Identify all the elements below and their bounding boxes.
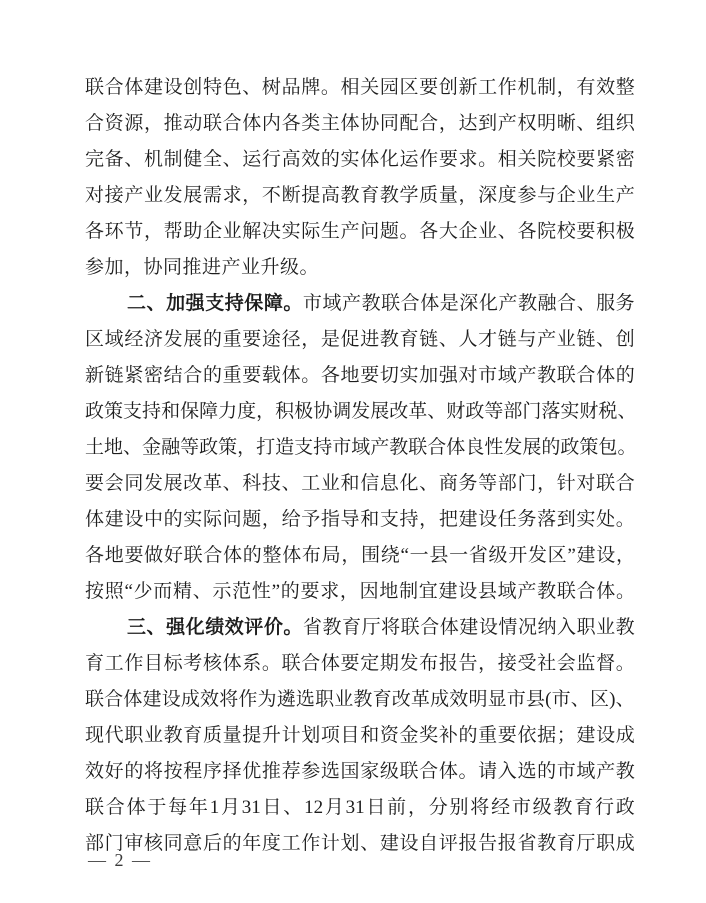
text-token: 发 (144, 466, 163, 502)
text-token: 育 (360, 178, 379, 214)
text-token: 31 (242, 790, 261, 826)
text-token: 期 (380, 646, 399, 682)
text-token: 程 (183, 754, 202, 790)
text-token: 关 (517, 142, 536, 178)
text-token: 。 (458, 754, 477, 790)
para-section-2: 二、加强支持保障。市域产教联合体是深化产教融合、服务区域经济发展的重要途径，是促… (85, 286, 635, 610)
text-token: 指 (321, 502, 340, 538)
text-token: 联 (85, 682, 104, 718)
text-token: 、 (123, 430, 142, 466)
text-token: 同 (124, 466, 143, 502)
text-token: 建 (459, 610, 478, 646)
text-token: 改 (183, 466, 202, 502)
text-token: 校 (557, 214, 576, 250)
text-token: 是 (440, 286, 459, 322)
text-token: 省 (303, 610, 322, 646)
text-token: 要 (576, 214, 595, 250)
text-token: 运 (400, 142, 419, 178)
text-token: 部 (498, 466, 517, 502)
text-token: 建 (577, 538, 596, 574)
text-token: 优 (242, 754, 261, 790)
text-token: 划 (301, 718, 320, 754)
text-token: 成 (430, 682, 449, 718)
text-token: 财 (446, 394, 465, 430)
text-token: 企 (203, 214, 222, 250)
text-token: 市 (512, 790, 531, 826)
text-token: 地 (105, 538, 124, 574)
text-token: 设 (596, 538, 615, 574)
text-token: 务 (517, 502, 536, 538)
text-token: 会 (557, 646, 576, 682)
text-token: 财 (579, 394, 598, 430)
text-token: 济 (144, 322, 163, 358)
text-token: 质 (419, 178, 438, 214)
text-token: 报 (458, 826, 477, 862)
text-token: 于 (147, 790, 166, 826)
text-token: 作 (124, 646, 143, 682)
text-token: 区 (400, 70, 419, 106)
text-token: 展 (164, 466, 183, 502)
text-token: 、 (577, 286, 596, 322)
text-token: 合 (104, 682, 123, 718)
bold-text-token: 化 (186, 610, 205, 646)
text-token: 、 (419, 466, 438, 502)
text-token: 明 (468, 682, 487, 718)
text-token: 金 (142, 430, 161, 466)
text-token: 告 (478, 826, 497, 862)
text-token: 纳 (537, 610, 556, 646)
text-token: 作 (419, 142, 438, 178)
text-token: 高 (321, 178, 340, 214)
text-token: 发 (351, 394, 370, 430)
text-token: 域 (498, 574, 517, 610)
text-token: 的 (124, 754, 143, 790)
text-token: 合 (420, 610, 439, 646)
text-token: 才 (478, 322, 497, 358)
text-token: 机 (517, 70, 536, 106)
text-token: 处 (596, 502, 615, 538)
text-token: 意 (183, 826, 202, 862)
text-token: 区 (85, 322, 104, 358)
text-token: 联 (282, 646, 301, 682)
text-token: 业 (334, 682, 353, 718)
bold-text-token: 绩 (205, 610, 224, 646)
text-token: 与 (537, 178, 556, 214)
text-token: ) (609, 682, 615, 718)
text-token: 同 (164, 826, 183, 862)
text-token: 成 (181, 682, 200, 718)
text-token: 体 (341, 106, 360, 142)
text-token: 链 (105, 358, 124, 394)
bold-text-token: 支 (205, 286, 224, 322)
text-token: 品 (282, 70, 301, 106)
text-token: 设 (162, 682, 181, 718)
text-token: 助 (183, 214, 202, 250)
text-token: 途 (262, 322, 281, 358)
text-token: 新 (85, 358, 104, 394)
text-token: 照 (105, 574, 124, 610)
text-token: ， (237, 430, 256, 466)
text-token: 发 (164, 322, 183, 358)
text-token: 环 (105, 214, 124, 250)
text-token: 教 (553, 790, 572, 826)
text-token: 市 (478, 358, 497, 394)
text-token: 内 (262, 106, 281, 142)
text-token: 链 (498, 322, 517, 358)
text-token: 牌 (301, 70, 320, 106)
text-token: 作 (498, 70, 517, 106)
text-token: 现 (85, 718, 104, 754)
text-token: 、 (360, 826, 379, 862)
text-token: 制 (164, 142, 183, 178)
text-token: 链 (576, 322, 595, 358)
text-token: 的 (203, 358, 222, 394)
text-segment: 参加，协同推进产业升级。 (85, 257, 319, 278)
text-token: 相 (341, 70, 360, 106)
text-token: ( (545, 682, 551, 718)
text-line: 各环节，帮助企业解决实际生产问题。各大企业、各院校要积极 (85, 214, 635, 250)
text-token: 体 (439, 754, 458, 790)
text-token: 体 (124, 70, 143, 106)
text-token: 进 (360, 322, 379, 358)
text-token: 教 (389, 430, 408, 466)
text-token: 问 (223, 502, 242, 538)
text-token: 设 (458, 574, 477, 610)
text-token: 、 (242, 70, 261, 106)
text-token: 等 (180, 430, 199, 466)
text-token: 生 (321, 214, 340, 250)
text-token: 依 (517, 718, 536, 754)
text-token: 设 (124, 502, 143, 538)
text-token: 而 (153, 574, 172, 610)
text-token: 效 (449, 682, 468, 718)
text-token: 荐 (282, 754, 301, 790)
text-token: 企 (557, 178, 576, 214)
text-token: 合 (401, 286, 420, 322)
text-token: 省 (469, 538, 488, 574)
text-line: 二、加强支持保障。市域产教联合体是深化产教融合、服务 (85, 286, 635, 322)
text-token: ， (242, 178, 261, 214)
text-token: 育 (373, 682, 392, 718)
text-token: 体 (282, 538, 301, 574)
text-line: 土地、金融等政策，打造支持市域产教联合体良性发展的政策包。 (85, 430, 635, 466)
text-token: 教 (322, 610, 341, 646)
text-token: 职 (577, 610, 596, 646)
text-token: 作 (238, 682, 257, 718)
text-token: 厅 (576, 826, 595, 862)
text-token: 合 (85, 106, 104, 142)
text-line: 各地要做好联合体的整体布局，围绕“一县一省级开发区”建设， (85, 538, 635, 574)
text-token: 体 (446, 430, 465, 466)
text-token: 色 (223, 70, 242, 106)
text-token: 联 (85, 790, 104, 826)
text-token: 域 (322, 286, 341, 322)
text-token: 域 (351, 430, 370, 466)
text-token: 体 (596, 574, 615, 610)
text-token: 径 (282, 322, 301, 358)
text-token: 同 (380, 106, 399, 142)
text-token: 明 (537, 106, 556, 142)
text-token: 类 (301, 106, 320, 142)
text-token: 建 (143, 682, 162, 718)
text-token: 目 (144, 646, 163, 682)
text-token: 升 (262, 718, 281, 754)
text-token: 和 (341, 466, 360, 502)
text-token: ， (537, 466, 556, 502)
text-token: ， (144, 106, 163, 142)
text-token: ” (272, 574, 280, 610)
text-token: 体 (123, 682, 142, 718)
text-token: 县 (429, 538, 448, 574)
text-token: 评 (439, 826, 458, 862)
bold-text-token: 评 (244, 610, 263, 646)
text-token: 一 (410, 538, 429, 574)
text-token: 合 (427, 430, 446, 466)
text-token: 体 (360, 142, 379, 178)
text-token: 、 (282, 466, 301, 502)
text-token: 导 (341, 502, 360, 538)
text-token: 支 (123, 394, 142, 430)
text-token: 、 (124, 142, 143, 178)
text-token: 为 (258, 682, 277, 718)
text-token: 求 (458, 142, 477, 178)
text-token: 市 (303, 286, 322, 322)
text-token: ， (144, 214, 163, 250)
text-line: 三、强化绩效评价。省教育厅将联合体建设情况纳入职业教 (85, 610, 635, 646)
text-token: 接 (498, 646, 517, 682)
bold-text-token: 。 (283, 286, 302, 322)
text-token: ， (557, 70, 576, 106)
text-token: 产 (342, 286, 361, 322)
text-token: 体 (321, 646, 340, 682)
text-token: 代 (105, 718, 124, 754)
text-token: ” (567, 538, 575, 574)
text-token: 造 (275, 430, 294, 466)
text-token: 资 (380, 718, 399, 754)
page-number: — 2 — (88, 845, 152, 875)
text-token: 合 (616, 466, 635, 502)
text-token: 月 (325, 790, 344, 826)
text-token: 教 (164, 718, 183, 754)
text-token: 职 (315, 682, 334, 718)
text-token: 发 (164, 178, 183, 214)
text-token: 技 (262, 466, 281, 502)
text-token: 合 (557, 286, 576, 322)
text-line: 政策支持和保障力度，积极协调发展改革、财政等部门落实财税、 (85, 394, 635, 430)
text-token: 示 (212, 574, 231, 610)
bold-text-token: 保 (244, 286, 263, 322)
text-token: 合 (577, 574, 596, 610)
text-token: 联 (401, 610, 420, 646)
text-token: 体 (242, 106, 261, 142)
text-token: 紧 (596, 142, 615, 178)
text-token: 机 (144, 142, 163, 178)
text-line: 按照“少而精、示范性”的要求，因地制宜建设县域产教联合体。 (85, 574, 635, 610)
text-token: 1 (210, 790, 220, 826)
text-token: 科 (242, 466, 261, 502)
text-token: ， (478, 646, 497, 682)
text-token: 要 (85, 466, 104, 502)
text-token: 权 (517, 106, 536, 142)
text-token: ， (262, 502, 281, 538)
text-token: 要 (419, 70, 438, 106)
text-token: 实 (560, 394, 579, 430)
text-token: 商 (439, 466, 458, 502)
text-token: 工 (478, 70, 497, 106)
text-token: 业 (144, 178, 163, 214)
text-token: 革 (203, 466, 222, 502)
bold-text-token: 加 (166, 286, 185, 322)
text-token: ， (340, 574, 359, 610)
text-token: 不 (262, 178, 281, 214)
text-token: 中 (144, 502, 163, 538)
text-token: 人 (458, 322, 477, 358)
text-token: 特 (203, 70, 222, 106)
text-token: 工 (105, 646, 124, 682)
text-token: 行 (262, 142, 281, 178)
text-token: 教 (537, 358, 556, 394)
text-token: 、 (616, 682, 635, 718)
text-token: 级 (533, 790, 552, 826)
text-token: 树 (262, 70, 281, 106)
text-token: 31 (346, 790, 365, 826)
text-token: 产 (517, 358, 536, 394)
text-token: 院 (537, 214, 556, 250)
text-token: 体 (223, 538, 242, 574)
text-token: 合 (203, 538, 222, 574)
text-token: 。 (616, 502, 635, 538)
text-token: 。 (616, 574, 635, 610)
text-token: 量 (439, 178, 458, 214)
text-token: 产 (370, 430, 389, 466)
text-token: 效 (85, 754, 104, 790)
text-token: 设 (478, 502, 497, 538)
text-token: 加 (419, 358, 438, 394)
text-token: 革 (411, 682, 430, 718)
text-token: 选 (517, 754, 536, 790)
text-token: 联 (557, 358, 576, 394)
text-token: 县 (478, 574, 497, 610)
text-token: 、 (576, 106, 595, 142)
text-token: 国 (341, 754, 360, 790)
text-line: 合资源，推动联合体内各类主体协同配合，达到产权明晰、组织 (85, 106, 635, 142)
text-token: 的 (243, 538, 262, 574)
text-token: 服 (596, 286, 615, 322)
text-token: 要 (341, 646, 360, 682)
text-token: 每 (168, 790, 187, 826)
text-line: 育工作目标考核体系。联合体要定期发布报告，接受社会监督。 (85, 646, 635, 682)
text-token: 12 (304, 790, 323, 826)
text-token: 生 (596, 178, 615, 214)
bold-text-token: 、 (147, 610, 166, 646)
document-page: 联合体建设创特色、树品牌。相关园区要创新工作机制，有效整合资源，推动联合体内各类… (0, 0, 706, 903)
text-token: 前 (387, 790, 406, 826)
text-token: 化 (400, 466, 419, 502)
bold-text-token: 、 (147, 286, 166, 322)
text-token: 极 (616, 214, 635, 250)
text-token: 合 (183, 358, 202, 394)
bold-text-token: 持 (225, 286, 244, 322)
text-token: 配 (400, 106, 419, 142)
text-token: 资 (105, 106, 124, 142)
text-token: 好 (164, 538, 183, 574)
text-token: 政 (465, 394, 484, 430)
text-token: 。 (478, 142, 497, 178)
text-line: 部门审核同意后的年度工作计划、建设自评报告报省教育厅职成 (85, 826, 635, 862)
text-token: 健 (183, 142, 202, 178)
text-token: 障 (199, 394, 218, 430)
text-token: 遴 (277, 682, 296, 718)
text-token: 度 (237, 394, 256, 430)
text-token: 育 (574, 790, 593, 826)
text-token: 度 (498, 178, 517, 214)
text-token: 发 (528, 538, 547, 574)
text-token: 效 (200, 682, 219, 718)
text-token: 行 (595, 790, 614, 826)
text-token: 合 (223, 106, 242, 142)
text-token: 落 (541, 394, 560, 430)
text-token: 校 (557, 142, 576, 178)
text-token: 大 (439, 214, 458, 250)
text-token: 业 (321, 466, 340, 502)
text-token: 有 (576, 70, 595, 106)
text-token: 支 (380, 502, 399, 538)
text-token: 全 (203, 142, 222, 178)
text-token: 要 (360, 358, 379, 394)
text-token: 、 (427, 394, 446, 430)
text-token: 经 (491, 790, 510, 826)
text-token: 题 (242, 502, 261, 538)
text-token: 产 (596, 754, 615, 790)
text-token: 绕 (381, 538, 400, 574)
text-token: 、 (193, 574, 212, 610)
text-token: 创 (616, 322, 635, 358)
text-token: 产 (498, 286, 517, 322)
text-token: 育 (400, 322, 419, 358)
text-token: 育 (85, 646, 104, 682)
text-token: 协 (360, 106, 379, 142)
text-token: 。 (400, 214, 419, 250)
text-token: 报 (439, 646, 458, 682)
text-token: 决 (262, 214, 281, 250)
text-token: 备 (105, 142, 124, 178)
text-token: 的 (203, 322, 222, 358)
text-token: 县 (526, 682, 545, 718)
text-token: 建 (105, 502, 124, 538)
text-token: 积 (596, 214, 615, 250)
text-token: 务 (616, 286, 635, 322)
text-token: 情 (498, 610, 517, 646)
text-token: 持 (313, 430, 332, 466)
text-token: 化 (380, 142, 399, 178)
text-token: 分 (429, 790, 448, 826)
text-token: 包 (598, 430, 617, 466)
text-token: 产 (616, 178, 635, 214)
text-token: 会 (105, 466, 124, 502)
text-token: 请 (478, 754, 497, 790)
text-token: ， (419, 502, 438, 538)
text-token: 的 (164, 502, 183, 538)
text-token: 、 (283, 790, 302, 826)
text-token: 域 (105, 322, 124, 358)
text-token: 要 (300, 574, 319, 610)
text-token: 高 (282, 142, 301, 178)
text-token: 作 (301, 826, 320, 862)
text-token: 体 (85, 502, 104, 538)
text-token: 、 (223, 142, 242, 178)
text-token: 极 (294, 394, 313, 430)
text-token: 提 (301, 178, 320, 214)
